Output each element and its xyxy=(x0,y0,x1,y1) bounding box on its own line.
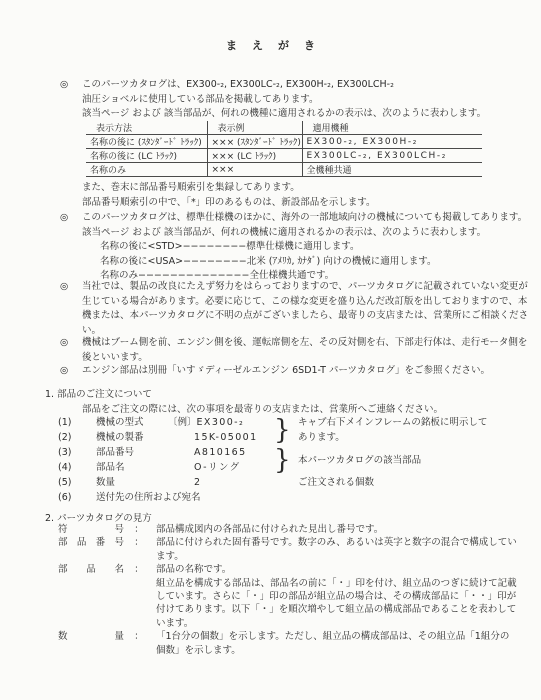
bullet-mark: ◎ xyxy=(60,336,82,351)
term-description-line: 部品の名称です。 xyxy=(156,563,520,576)
ordering-row-number: (1) xyxy=(58,415,96,430)
ordering-note-quantity: ご注文される個数 xyxy=(298,475,374,490)
term-description-line: 付けてあります。以下「・」を順次増やして組立品の構成部品であることを表わして xyxy=(156,603,520,616)
ordering-section-heading: 1. 部品のご注文について xyxy=(45,386,152,400)
ordering-note-catalog-part: 本パーツカタログの該当部品 xyxy=(298,453,421,468)
table-cell: ××× (ｽﾀﾝﾀﾞｰﾄﾞ ﾄﾗｯｸ) xyxy=(207,135,302,149)
notice-line: 該当ページ および 該当部品が、何れの機械に適用されるかの表示は、次のように表わ… xyxy=(82,226,530,241)
notice-line: このパーツカタログは、標準仕様機のほかに、海外の一部地域向けの機械についても掲載… xyxy=(82,211,527,226)
ordering-intro: 部品をご注文の際には、次の事項を最寄りの支店または、営業所へご連絡ください。 xyxy=(82,401,443,415)
ordering-row-prefix: 〔例〕 xyxy=(168,415,197,430)
notice-line: 後といいます。 xyxy=(82,351,530,366)
ordering-row-prefix xyxy=(168,430,194,445)
ordering-row: (5) 数量 2 xyxy=(58,475,518,490)
ordering-row-number: (5) xyxy=(58,475,96,490)
table-row: 名称のみ ××× 全機種共通 xyxy=(86,163,482,177)
ordering-row-label: 機械の型式 xyxy=(96,415,168,430)
ordering-note-nameplate: キャブ右下メインフレームの銘板に明示して xyxy=(298,415,487,430)
applicability-table: 表示方法 表示例 適用機種 名称の後に (ｽﾀﾝﾀﾞｰﾄﾞ ﾄﾗｯｸ) ××× … xyxy=(86,121,482,177)
term-colon: ： xyxy=(124,523,154,536)
term-description-line: 個数」を示します。 xyxy=(156,644,520,657)
term-description: 部品に付けられた固有番号です。数字のみ、あるいは英字と数字の混合で構成してい ま… xyxy=(154,536,520,563)
notice-line: 部品番号順索引の中で、「*」印のあるものは、新設部品を示します。 xyxy=(82,196,512,211)
ordering-row-value: A810165 xyxy=(194,445,247,460)
ordering-row-prefix xyxy=(168,445,194,460)
term-label: 数量 xyxy=(58,630,124,643)
ordering-row: (6) 送付先の住所および宛名 xyxy=(58,490,518,505)
table-cell: 名称の後に (ｽﾀﾝﾀﾞｰﾄﾞ ﾄﾗｯｸ) xyxy=(86,135,207,149)
ordering-row-prefix xyxy=(168,460,194,475)
table-cell: 名称の後に (LC ﾄﾗｯｸ) xyxy=(86,149,207,163)
term-description-line: 「1台分の個数」を示します。ただし、組立品の構成部品は、その組立品「1組分の xyxy=(156,630,520,643)
term-description-line: しています。さらに「・」印の部品が組立品の場合は、その構成部品に「・・」印が xyxy=(156,590,520,603)
term-colon: ： xyxy=(124,536,154,549)
table-cell: 名称のみ xyxy=(86,163,207,177)
bullet-mark: ◎ xyxy=(60,211,82,226)
term-description-line: ます。 xyxy=(156,550,520,563)
notice-orientation: ◎ 機械はブーム側を前、エンジン側を後、運転席側を左、その反対側を右、下部走行体… xyxy=(60,336,530,365)
bullet-mark: ◎ xyxy=(60,364,82,379)
ordering-row-number: (4) xyxy=(58,460,96,475)
notice-line: 油圧ショベルに使用している部品を掲載してあります。 xyxy=(82,93,510,108)
index-note: また、巻末に部品番号順索引を集録してあります。 部品番号順索引の中で、「*」印の… xyxy=(82,181,512,210)
term-description-line: います。 xyxy=(156,617,520,630)
notice-line: また、巻末に部品番号順索引を集録してあります。 xyxy=(82,181,512,196)
term-description: 部品の名称です。 組立品を構成する部品は、部品名の前に「・」印を付け、組立品のつ… xyxy=(154,563,520,630)
notice-line: 名称の後に<STD>−−−−−−−−標準仕様機に適用します。 xyxy=(100,240,530,255)
ordering-row-label: 数量 xyxy=(96,475,168,490)
bullet-mark: ◎ xyxy=(60,280,82,295)
table-row: 名称の後に (LC ﾄﾗｯｸ) ××× (LC ﾄﾗｯｸ) EX300LC-₂,… xyxy=(86,149,482,163)
ordering-row-value: 15K-05001 xyxy=(194,430,258,445)
table-cell: EX300-₂, EX300H-₂ xyxy=(302,135,482,149)
term-description: 部品構成図内の各部品に付けられた見出し番号です。 xyxy=(154,523,520,536)
term-description: 「1台分の個数」を示します。ただし、組立品の構成部品は、その組立品「1組分の 個… xyxy=(154,630,520,657)
notice-line: 当社では、製品の改良にたえず努力をはらっておりますので、パーツカタログに記載され… xyxy=(82,280,528,295)
notice-catalog-models: ◎ このパーツカタログは、EX300-₂, EX300LC-₂, EX300H-… xyxy=(60,78,510,122)
reading-section-heading: 2. パーツカタログの見方 xyxy=(45,510,152,524)
table-header-display-method: 表示方法 xyxy=(86,121,207,135)
term-row: 部品名 ： 部品の名称です。 組立品を構成する部品は、部品名の前に「・」印を付け… xyxy=(58,563,520,630)
table-cell: 全機種共通 xyxy=(302,163,482,177)
reading-term-list: 符号 ： 部品構成図内の各部品に付けられた見出し番号です。 部品番号 ： 部品に… xyxy=(58,523,520,657)
table-header-applicable-models: 適用機種 xyxy=(302,121,482,135)
bullet-mark: ◎ xyxy=(60,78,82,93)
term-label: 符号 xyxy=(58,523,124,536)
term-label: 部品番号 xyxy=(58,536,124,549)
right-brace-glyph: } xyxy=(274,414,291,446)
notice-revisions: ◎ 当社では、製品の改良にたえず努力をはらっておりますので、パーツカタログに記載… xyxy=(60,280,530,338)
right-brace-glyph: } xyxy=(274,444,291,476)
ordering-row-label: 送付先の住所および宛名 xyxy=(96,490,518,505)
term-row: 符号 ： 部品構成図内の各部品に付けられた見出し番号です。 xyxy=(58,523,520,536)
term-label: 部品名 xyxy=(58,563,124,576)
notice-overseas-spec: ◎ このパーツカタログは、標準仕様機のほかに、海外の一部地域向けの機械についても… xyxy=(60,211,530,284)
notice-line: 機または、本パーツカタログに不明の点がございましたら、最寄りの支店または、営業所… xyxy=(82,309,530,324)
term-row: 数量 ： 「1台分の個数」を示します。ただし、組立品の構成部品は、その組立品「1… xyxy=(58,630,520,657)
ordering-row-number: (3) xyxy=(58,445,96,460)
term-colon: ： xyxy=(124,563,154,576)
table-header-display-example: 表示例 xyxy=(207,121,302,135)
table-cell: EX300LC-₂, EX300LCH-₂ xyxy=(302,149,482,163)
ordering-row-number: (2) xyxy=(58,430,96,445)
ordering-row-number: (6) xyxy=(58,490,96,505)
notice-line: 機械はブーム側を前、エンジン側を後、運転席側を左、その反対側を右、下部走行体は、… xyxy=(82,336,527,351)
term-colon: ： xyxy=(124,630,154,643)
notice-line: このパーツカタログは、EX300-₂, EX300LC-₂, EX300H-₂,… xyxy=(82,78,394,93)
ordering-row-value: 2 xyxy=(194,475,201,490)
preface-page: まえがき ◎ このパーツカタログは、EX300-₂, EX300LC-₂, EX… xyxy=(0,0,541,700)
ordering-row-label: 部品番号 xyxy=(96,445,168,460)
page-title: まえがき xyxy=(0,37,541,53)
table-header-row: 表示方法 表示例 適用機種 xyxy=(86,121,482,135)
notice-line: エンジン部品は別冊「いすゞディーゼルエンジン 6SD1-T パーツカタログ」をご… xyxy=(82,364,490,379)
term-description-line: 組立品を構成する部品は、部品名の前に「・」印を付け、組立品のつぎに続けて記載 xyxy=(156,577,520,590)
term-description-line: 部品に付けられた固有番号です。数字のみ、あるいは英字と数字の混合で構成してい xyxy=(156,536,520,549)
term-description-line: 部品構成図内の各部品に付けられた見出し番号です。 xyxy=(156,523,520,536)
table-cell: ××× (LC ﾄﾗｯｸ) xyxy=(207,149,302,163)
ordering-row-label: 部品名 xyxy=(96,460,168,475)
table-cell: ××× xyxy=(207,163,302,177)
ordering-row-value: EX300-₂ xyxy=(197,415,245,430)
ordering-note-nameplate: あります。 xyxy=(298,430,345,445)
ordering-row-label: 機械の製番 xyxy=(96,430,168,445)
ordering-row-prefix xyxy=(168,475,194,490)
notice-engine-parts: ◎ エンジン部品は別冊「いすゞディーゼルエンジン 6SD1-T パーツカタログ」… xyxy=(60,364,530,379)
notice-line: 名称の後に<USA>−−−−−−−−北米 (ｱﾒﾘｶ, ｶﾅﾀﾞ) 向けの機械に… xyxy=(100,255,530,270)
ordering-list: (1) 機械の型式 〔例〕 EX300-₂ (2) 機械の製番 15K-0500… xyxy=(58,415,518,505)
notice-line: 生じている場合があります。必要に応じて、この様な変更を盛り込んだ改訂版を出してお… xyxy=(82,295,530,310)
notice-line: 該当ページ および 該当部品が、何れの機種に適用されるかの表示は、次のように表わ… xyxy=(82,107,510,122)
term-row: 部品番号 ： 部品に付けられた固有番号です。数字のみ、あるいは英字と数字の混合で… xyxy=(58,536,520,563)
ordering-row-value: O-リング xyxy=(194,460,240,475)
table-row: 名称の後に (ｽﾀﾝﾀﾞｰﾄﾞ ﾄﾗｯｸ) ××× (ｽﾀﾝﾀﾞｰﾄﾞ ﾄﾗｯｸ… xyxy=(86,135,482,149)
